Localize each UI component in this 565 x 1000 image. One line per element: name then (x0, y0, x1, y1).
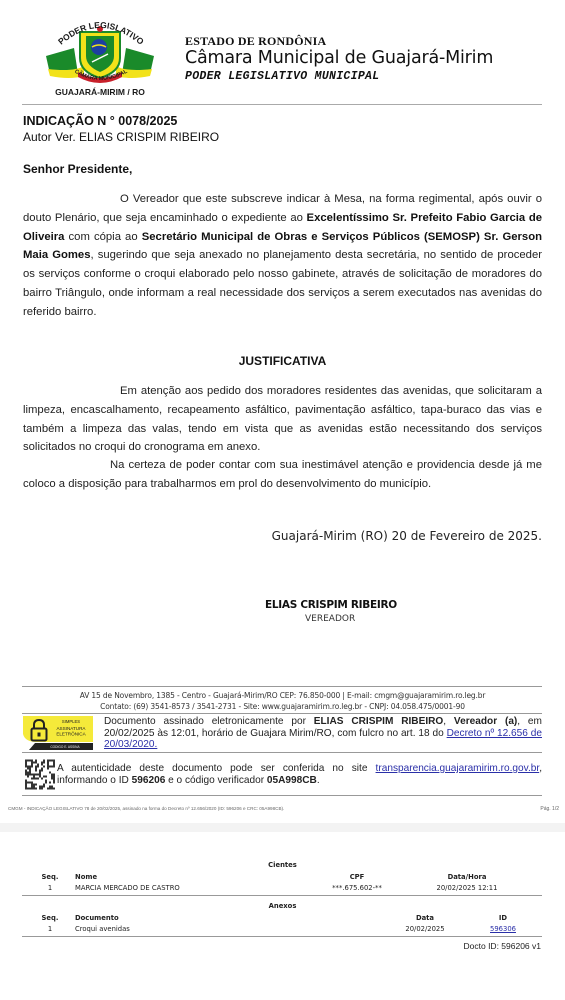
salutation: Senhor Presidente, (23, 162, 132, 176)
electronic-signature-badge: SIMPLES ASSINATURA ELETRÔNICA CODIGO E. … (23, 716, 93, 750)
header-divider (22, 104, 542, 105)
justification-heading: JUSTIFICATIVA (0, 354, 565, 368)
body-paragraph: O Vereador que este subscreve indicar à … (23, 190, 542, 322)
address-block: AV 15 de Novembro, 1385 - Centro - Guaja… (0, 691, 565, 712)
branch-name: PODER LEGISLATIVO MUNICIPAL (185, 70, 379, 83)
page-number: Pág. 1/2 (540, 806, 559, 812)
svg-text:CODIGO E. ASSINA: CODIGO E. ASSINA (50, 745, 80, 749)
transparency-portal-link[interactable]: transparencia.guajaramirim.ro.gov.br (376, 763, 540, 774)
document-page-1: PODER LEGISLATIVO CÂMARA MUNICIPAL GUAJA… (0, 0, 565, 820)
chamber-name: Câmara Municipal de Guajará-Mirim (185, 48, 493, 68)
table-divider (22, 936, 542, 937)
attachment-id-link[interactable]: 596306 (490, 925, 516, 933)
state-name: ESTADO DE RONDÔNIA (185, 34, 326, 49)
document-footline: CMGM - INDICAÇÃO LEGISLATIVO 78 de 20/02… (8, 806, 284, 811)
signer-role: VEREADOR (305, 614, 355, 624)
authenticity-notice: A autenticidade deste documento pode ser… (57, 763, 542, 786)
footer-divider (22, 752, 542, 753)
svg-text:ELETRÔNICA: ELETRÔNICA (56, 731, 86, 737)
svg-text:GUAJARÁ-MIRIM / RO: GUAJARÁ-MIRIM / RO (55, 87, 145, 97)
footer-divider (22, 686, 542, 687)
footer-divider (22, 795, 542, 796)
document-page-2: Cientes Seq. Nome CPF Data/Hora 1 MARCIA… (0, 832, 565, 1000)
table-divider (22, 895, 542, 896)
docto-id: Docto ID: 596206 v1 (464, 941, 542, 951)
legislative-chamber-crest-icon: PODER LEGISLATIVO CÂMARA MUNICIPAL GUAJA… (44, 14, 156, 98)
anexos-caption: Anexos (0, 902, 565, 910)
svg-text:ASSINATURA: ASSINATURA (56, 726, 86, 731)
justification-paragraph-1: Em atenção aos pedido dos moradores resi… (23, 382, 542, 457)
cientes-caption: Cientes (0, 861, 565, 869)
footer-divider (22, 713, 542, 714)
justification-paragraph-2: Na certeza de poder contar com sua inest… (23, 456, 542, 494)
signer-name: ELIAS CRISPIM RIBEIRO (265, 599, 397, 611)
document-author: Autor Ver. ELIAS CRISPIM RIBEIRO (23, 130, 219, 144)
page-separator (0, 823, 565, 832)
place-date: Guajará-Mirim (RO) 20 de Fevereiro de 20… (272, 529, 542, 543)
qr-code-icon (25, 759, 55, 790)
document-title: INDICAÇÃO N ° 0078/2025 (23, 114, 177, 128)
signature-notice: Documento assinado eletronicamente por E… (104, 716, 542, 751)
svg-text:SIMPLES: SIMPLES (62, 719, 80, 724)
